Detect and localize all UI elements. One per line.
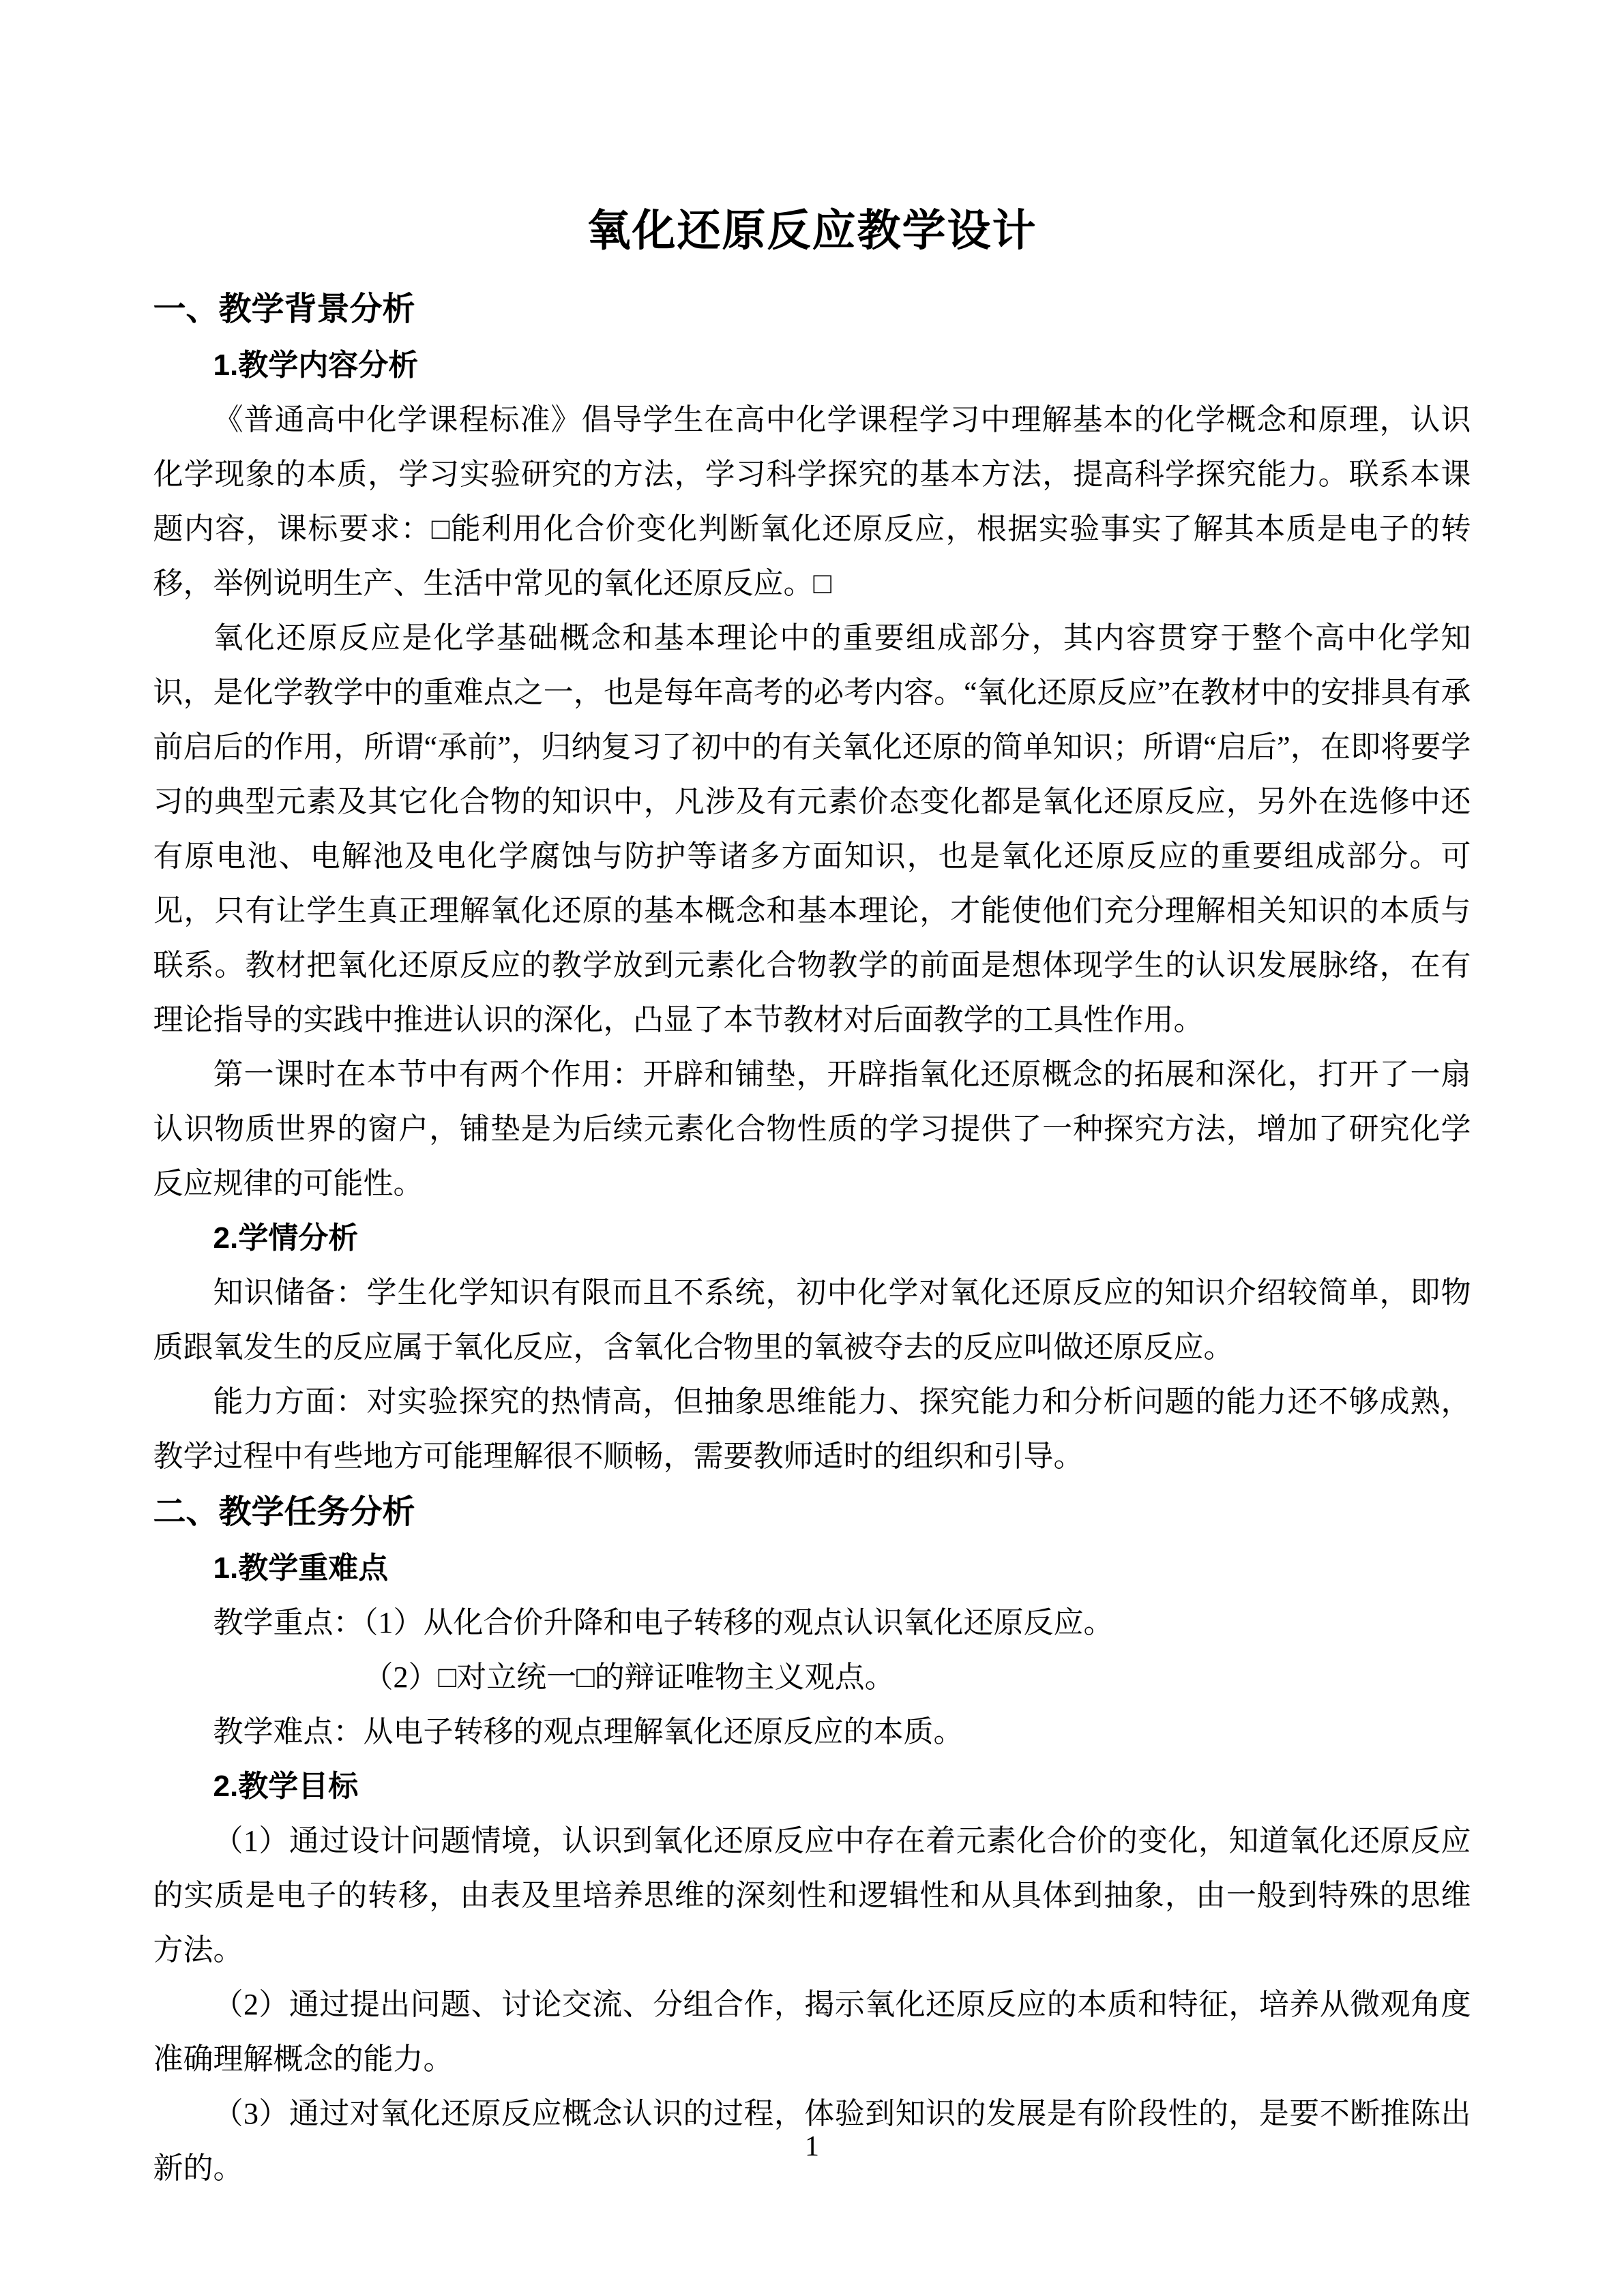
section-heading-task-analysis: 二、教学任务分析	[153, 1484, 1471, 1541]
sub-heading-learner-analysis: 2.学情分析	[153, 1211, 1471, 1266]
paragraph-goal-1: （1）通过设计问题情境，认识到氧化还原反应中存在着元素化合价的变化，知道氧化还原…	[153, 1814, 1471, 1978]
section-heading-background-analysis: 一、教学背景分析	[153, 281, 1471, 338]
document-page: 氧化还原反应教学设计 一、教学背景分析 1.教学内容分析 《普通高中化学课程标准…	[0, 0, 1624, 2296]
sub-heading-content-analysis: 1.教学内容分析	[153, 338, 1471, 393]
paragraph-key-point-1: 教学重点：（1）从化合价升降和电子转移的观点认识氧化还原反应。	[153, 1596, 1471, 1650]
paragraph-curriculum-standard: 《普通高中化学课程标准》倡导学生在高中化学课程学习中理解基本的化学概念和原理，认…	[153, 393, 1471, 611]
paragraph-goal-2: （2）通过提出问题、讨论交流、分组合作，揭示氧化还原反应的本质和特征，培养从微观…	[153, 1978, 1471, 2087]
page-number: 1	[0, 2119, 1624, 2174]
paragraph-key-point-2: （2）□对立统一□的辩证唯物主义观点。	[153, 1650, 1471, 1705]
paragraph-difficult-point: 教学难点：从电子转移的观点理解氧化还原反应的本质。	[153, 1705, 1471, 1759]
paragraph-ability-aspect: 能力方面：对实验探究的热情高，但抽象思维能力、探究能力和分析问题的能力还不够成熟…	[153, 1375, 1471, 1484]
sub-heading-teaching-goals: 2.教学目标	[153, 1759, 1471, 1814]
document-title: 氧化还原反应教学设计	[153, 199, 1471, 262]
paragraph-knowledge-reserve: 知识储备：学生化学知识有限而且不系统，初中化学对氧化还原反应的知识介绍较简单，即…	[153, 1266, 1471, 1375]
sub-heading-key-difficult-points: 1.教学重难点	[153, 1541, 1471, 1596]
paragraph-first-lesson-roles: 第一课时在本节中有两个作用：开辟和铺垫，开辟指氧化还原概念的拓展和深化，打开了一…	[153, 1047, 1471, 1211]
paragraph-redox-importance: 氧化还原反应是化学基础概念和基本理论中的重要组成部分，其内容贯穿于整个高中化学知…	[153, 611, 1471, 1047]
document-content: 氧化还原反应教学设计 一、教学背景分析 1.教学内容分析 《普通高中化学课程标准…	[153, 0, 1471, 2196]
